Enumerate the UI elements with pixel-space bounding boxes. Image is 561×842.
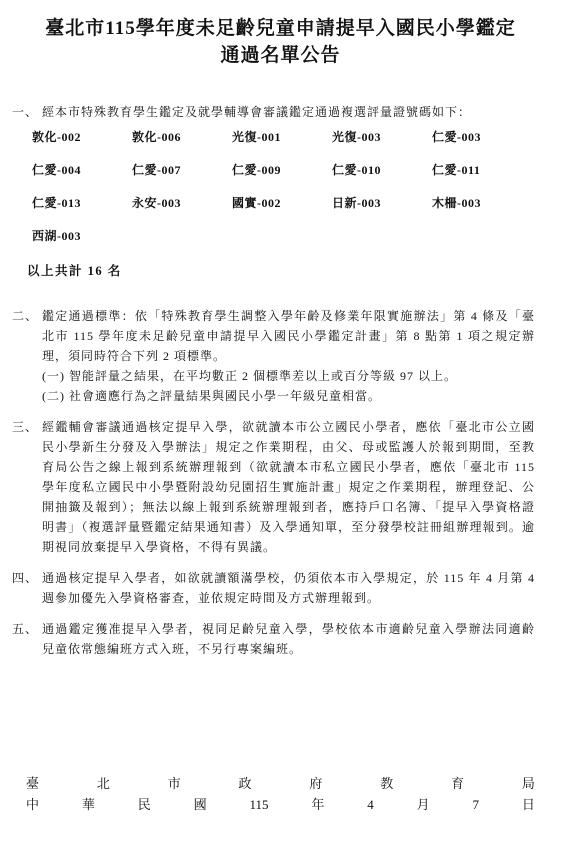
admission-code: 日新-003 — [332, 196, 432, 211]
admission-code: 仁愛-003 — [432, 130, 532, 145]
admission-code: 仁愛-011 — [432, 163, 532, 178]
section-2: 二、 鑑定通過標準：依「特殊教育學生調整入學年齡及修業年限實施辦法」第 4 條及… — [12, 306, 535, 406]
admission-code: 仁愛-010 — [332, 163, 432, 178]
section-1-text: 經本市特殊教育學生鑑定及就學輔導會審議鑑定通過複選評量證號碼如下： — [42, 102, 535, 122]
date-token: 4 — [367, 794, 374, 815]
admission-code: 木柵-003 — [432, 196, 532, 211]
issuer-char: 教 — [380, 773, 393, 794]
admission-code: 仁愛-004 — [32, 163, 132, 178]
section-3-text: 經鑑輔會審議通過核定提早入學，欲就讀本市公立國民小學者，應依「臺北市公立國民小學… — [42, 417, 535, 557]
section-5: 五、 通過鑑定獲准提早入學者，視同足齡兒童入學，學校依本市適齡兒童入學辦法同適齡… — [12, 619, 535, 659]
date-token: 中 — [26, 794, 39, 815]
date-token: 國 — [194, 794, 207, 815]
section-3: 三、 經鑑輔會審議通過核定提早入學，欲就讀本市公立國民小學者，應依「臺北市公立國… — [12, 417, 535, 557]
admission-code: 仁愛-007 — [132, 163, 232, 178]
date-token: 年 — [311, 794, 324, 815]
issuer-char: 北 — [97, 773, 110, 794]
section-4-number: 四、 — [12, 568, 42, 608]
admission-code: 光復-001 — [232, 130, 332, 145]
date-token: 華 — [82, 794, 95, 815]
section-5-number: 五、 — [12, 619, 42, 659]
admission-code: 敦化-006 — [132, 130, 232, 145]
admission-code: 光復-003 — [332, 130, 432, 145]
section-5-text: 通過鑑定獲准提早入學者，視同足齡兒童入學，學校依本市適齡兒童入學辦法同適齡兒童依… — [42, 619, 535, 659]
section-3-number: 三、 — [12, 417, 42, 557]
admission-code: 仁愛-013 — [32, 196, 132, 211]
announcement-document: 臺北市115學年度未足齡兒童申請提早入國民小學鑑定 通過名單公告 一、 經本市特… — [0, 0, 561, 842]
issuer-char: 局 — [522, 773, 535, 794]
section-2-text: 鑑定通過標準：依「特殊教育學生調整入學年齡及修業年限實施辦法」第 4 條及「臺北… — [42, 306, 535, 366]
date-line: 中 華 民 國 115 年 4 月 7 日 — [26, 794, 535, 815]
issuer-char: 府 — [309, 773, 322, 794]
issuer-char: 政 — [239, 773, 252, 794]
admission-code: 國實-002 — [232, 196, 332, 211]
section-1-number: 一、 — [12, 102, 42, 122]
document-footer: 臺 北 市 政 府 教 育 局 中 華 民 國 115 年 4 月 7 日 — [26, 773, 535, 815]
admission-code: 永安-003 — [132, 196, 232, 211]
section-2-body: 鑑定通過標準：依「特殊教育學生調整入學年齡及修業年限實施辦法」第 4 條及「臺北… — [42, 306, 535, 406]
document-title: 臺北市115學年度未足齡兒童申請提早入國民小學鑑定 通過名單公告 — [0, 0, 561, 69]
date-token: 日 — [522, 794, 535, 815]
issuer-char: 育 — [451, 773, 464, 794]
section-2-subitem-2: (二) 社會適應行為之評量結果與國民小學一年級兒童相當。 — [42, 386, 535, 406]
admission-code: 西湖-003 — [32, 229, 132, 244]
document-title-line2: 通過名單公告 — [0, 42, 561, 69]
document-title-line1: 臺北市115學年度未足齡兒童申請提早入國民小學鑑定 — [0, 15, 561, 42]
section-2-subitem-1: (一) 智能評量之結果，在平均數正 2 個標準差以上或百分等級 97 以上。 — [42, 366, 535, 386]
date-token: 月 — [417, 794, 430, 815]
section-4: 四、 通過核定提早入學者，如欲就讀額滿學校，仍須依本市入學規定，於 115 年 … — [12, 568, 535, 608]
section-4-text: 通過核定提早入學者，如欲就讀額滿學校，仍須依本市入學規定，於 115 年 4 月… — [42, 568, 535, 608]
issuer-char: 臺 — [26, 773, 39, 794]
date-token: 115 — [250, 794, 269, 815]
admission-code: 仁愛-009 — [232, 163, 332, 178]
admission-code: 敦化-002 — [32, 130, 132, 145]
section-1: 一、 經本市特殊教育學生鑑定及就學輔導會審議鑑定通過複選評量證號碼如下： — [12, 102, 535, 122]
section-2-number: 二、 — [12, 306, 42, 406]
date-token: 民 — [138, 794, 151, 815]
issuer-line: 臺 北 市 政 府 教 育 局 — [26, 773, 535, 794]
total-count-label: 以上共計 16 名 — [27, 263, 561, 279]
date-token: 7 — [473, 794, 480, 815]
issuer-char: 市 — [168, 773, 181, 794]
admission-codes-grid: 敦化-002 敦化-006 光復-001 光復-003 仁愛-003 仁愛-00… — [32, 130, 561, 244]
